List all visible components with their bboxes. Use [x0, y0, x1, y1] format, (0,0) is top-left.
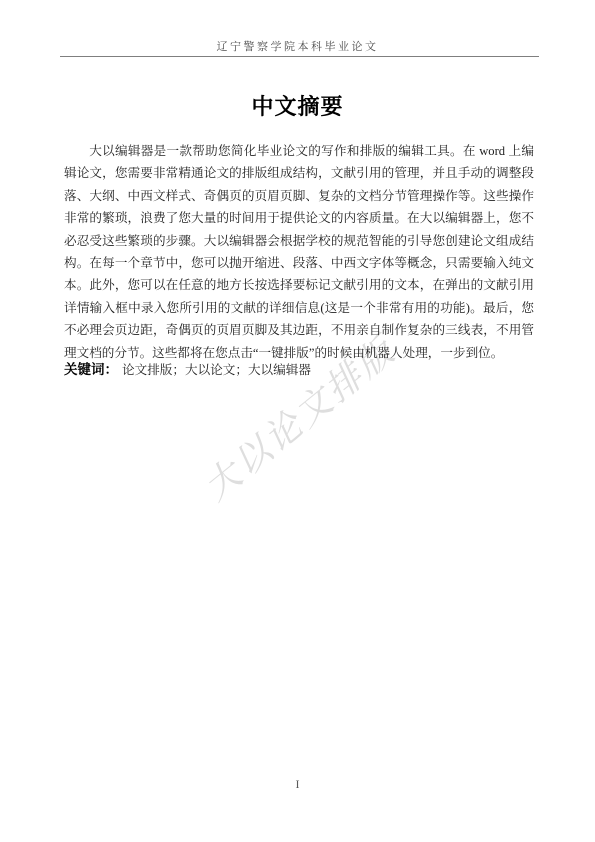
abstract-paragraph: 大以编辑器是一款帮助您简化毕业论文的写作和排版的编辑工具。在 word 上编辑论…: [64, 140, 534, 364]
page-number: I: [0, 777, 595, 792]
page-title: 中文摘要: [0, 90, 595, 121]
keywords-line: 关键词：论文排版；大以论文；大以编辑器: [64, 360, 534, 380]
document-page: 辽宁警察学院本科毕业论文 大以论文排版 中文摘要 大以编辑器是一款帮助您简化毕业…: [0, 0, 595, 842]
keywords-label: 关键词：: [64, 362, 118, 377]
running-header: 辽宁警察学院本科毕业论文: [0, 38, 595, 54]
header-rule: [60, 56, 539, 57]
keywords-value: 论文排版；大以论文；大以编辑器: [122, 363, 311, 377]
